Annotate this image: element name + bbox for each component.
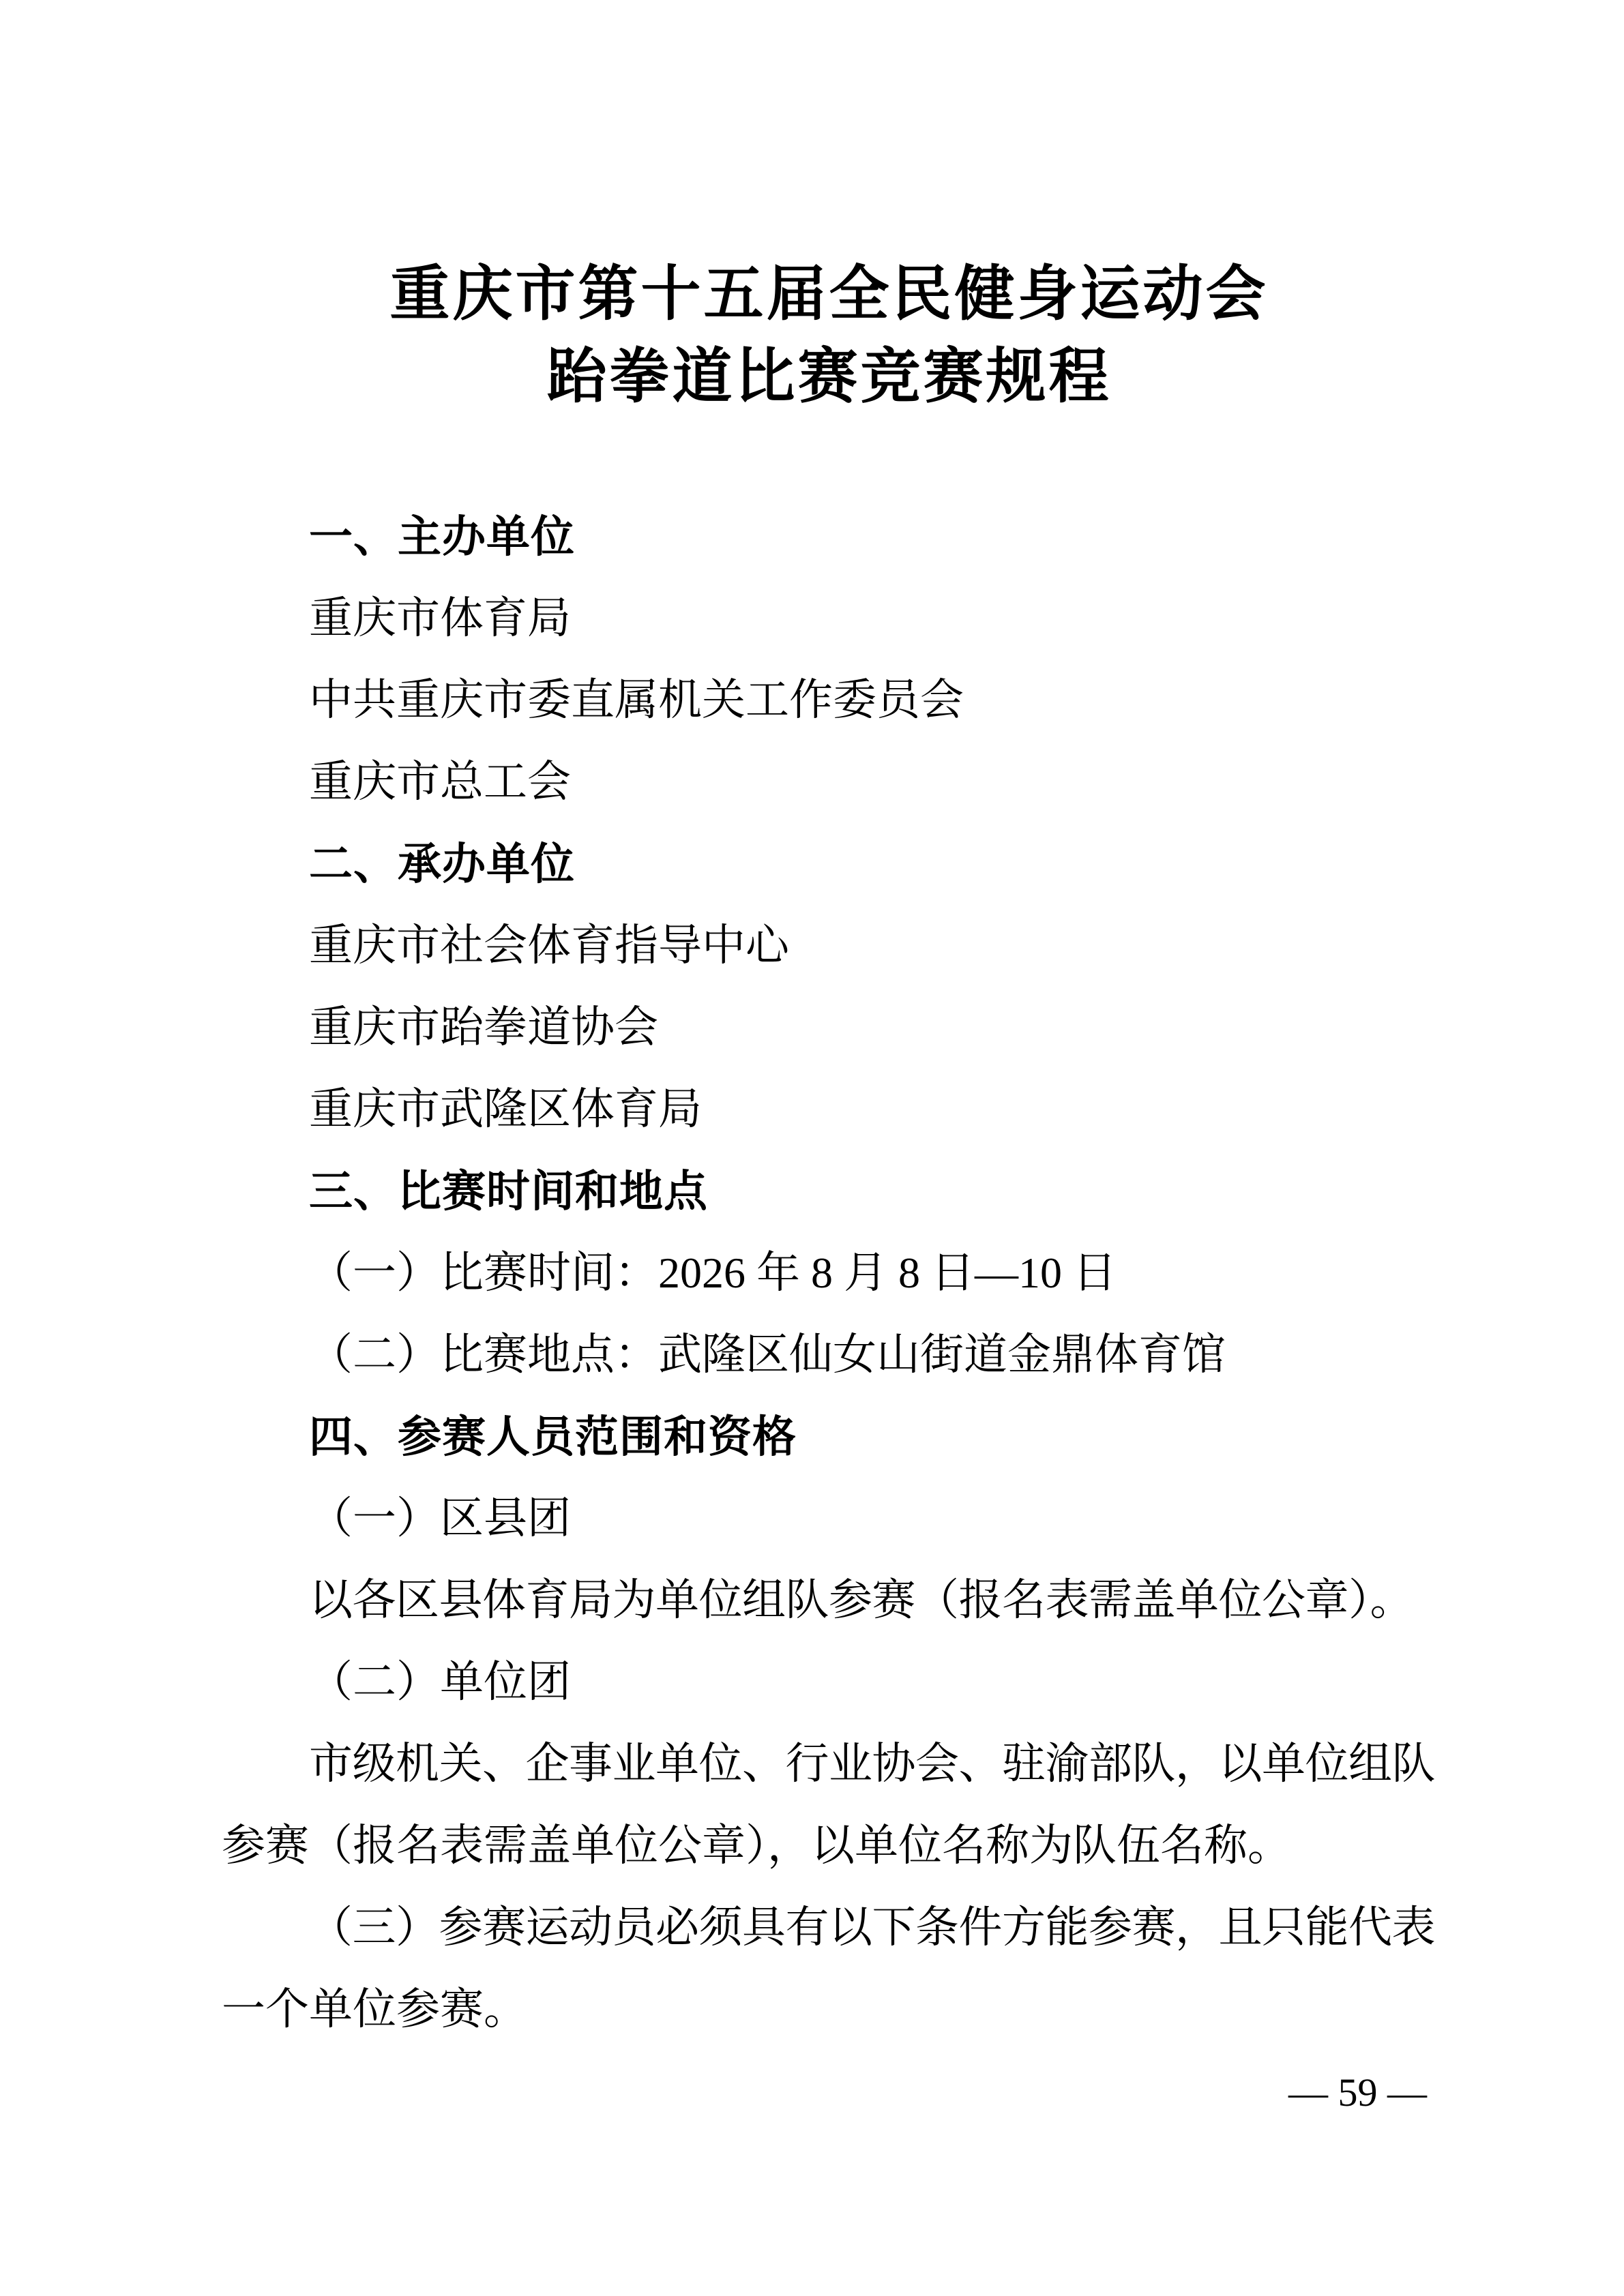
organizer-taekwondo-association: 重庆市跆拳道协会 [222, 987, 1436, 1069]
para-unit-team-detail-line-2: 参赛（报名表需盖单位公章），以单位名称为队伍名称。 [222, 1805, 1436, 1887]
para-athlete-conditions-line-1: （三）参赛运动员必须具有以下条件方能参赛，且只能代表 [222, 1887, 1436, 1969]
document-title-line-1: 重庆市第十五届全民健身运动会 [222, 254, 1436, 336]
heading-participants-scope: 四、参赛人员范围和资格 [222, 1396, 1436, 1478]
document-body: 一、主办单位 重庆市体育局 中共重庆市委直属机关工作委员会 重庆市总工会 二、承… [222, 496, 1436, 2051]
organizer-social-sports-center: 重庆市社会体育指导中心 [222, 905, 1436, 987]
item-unit-team: （二）单位团 [222, 1641, 1436, 1723]
heading-time-and-place: 三、比赛时间和地点 [222, 1150, 1436, 1232]
document-title: 重庆市第十五届全民健身运动会 跆拳道比赛竞赛规程 [222, 254, 1436, 419]
para-district-county-team-detail: 以各区县体育局为单位组队参赛（报名表需盖单位公章）。 [222, 1560, 1436, 1641]
host-unit-sports-bureau: 重庆市体育局 [222, 578, 1436, 659]
heading-organizing-units: 二、承办单位 [222, 823, 1436, 905]
item-competition-time: （一）比赛时间：2026 年 8 月 8 日—10 日 [222, 1232, 1436, 1314]
organizer-wulong-sports-bureau: 重庆市武隆区体育局 [222, 1069, 1436, 1150]
para-unit-team-detail-line-1: 市级机关、企事业单位、行业协会、驻渝部队，以单位组队 [222, 1723, 1436, 1805]
document-title-line-2: 跆拳道比赛竞赛规程 [222, 336, 1436, 419]
host-unit-party-committee: 中共重庆市委直属机关工作委员会 [222, 659, 1436, 741]
heading-host-units: 一、主办单位 [222, 496, 1436, 578]
host-unit-labor-union: 重庆市总工会 [222, 741, 1436, 823]
item-district-county-team: （一）区县团 [222, 1478, 1436, 1560]
para-athlete-conditions-line-2: 一个单位参赛。 [222, 1969, 1436, 2051]
item-competition-venue: （二）比赛地点：武隆区仙女山街道金鼎体育馆 [222, 1314, 1436, 1396]
document-page: 重庆市第十五届全民健身运动会 跆拳道比赛竞赛规程 一、主办单位 重庆市体育局 中… [0, 0, 1624, 2296]
page-number: — 59 — [222, 2070, 1427, 2115]
